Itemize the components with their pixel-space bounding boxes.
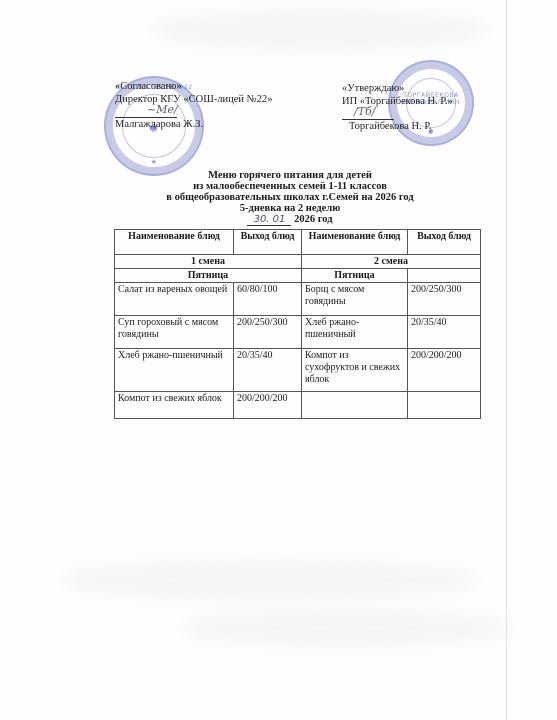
column-header: Выход блюд [408,230,481,255]
column-header: Наименование блюд [115,230,234,255]
title-line: 5-дневка на 2 неделю [130,203,450,214]
shift-label: 1 смена [115,255,302,269]
dish-portion: 200/200/200 [234,392,302,419]
dish-name: Хлеб ржано-пшеничный [302,316,408,349]
dish-name: Борщ с мясом говядины [302,283,408,316]
signature-line: ~Ме/ [115,106,177,118]
star-icon: ★ [106,158,202,166]
table-header-row: Наименование блюд Выход блюд Наименовани… [115,230,481,255]
day-label: Пятница [302,269,408,283]
table-row: Суп гороховый с мясом говядины 200/250/3… [115,316,481,349]
menu-title: Меню горячего питания для детей из малоо… [130,170,450,226]
approval-label: «Утверждаю» [342,82,453,95]
menu-table: Наименование блюд Выход блюд Наименовани… [114,229,481,419]
table-row: Компот из свежих яблок 200/200/200 [115,392,481,419]
dish-portion: 20/35/40 [408,316,481,349]
date-year: 2026 год [294,214,332,225]
dish-portion [408,392,481,419]
dish-name [302,392,408,419]
empty-cell [408,269,481,283]
scan-smudge [150,10,490,50]
table-row: Салат из вареных овощей 60/80/100 Борщ с… [115,283,481,316]
table-row: Хлеб ржано-пшеничный 20/35/40 Компот из … [115,349,481,392]
document-page: КГУ СОШ-ЛИЦЕЙ №22 ✺ ★ ТОРГАЙБЕКОВА НУРЖА… [0,0,557,720]
approval-left: «Согласовано» Директор КГУ «СОШ-лицей №2… [115,80,272,131]
approval-position: Директор КГУ «СОШ-лицей №22» [115,93,272,106]
dish-name: Компот из сухофруктов и свежих яблок [302,349,408,392]
dish-portion: 20/35/40 [234,349,302,392]
day-label: Пятница [115,269,302,283]
shift-label: 2 смена [302,255,481,269]
signature-line: /Тб/ [342,108,394,120]
dish-portion: 200/250/300 [408,283,481,316]
signature: ~Ме/ [147,103,178,116]
shift-row: 1 смена 2 смена [115,255,481,269]
approval-label: «Согласовано» [115,80,272,93]
approver-name: Малгаждарова Ж.З. [115,118,272,131]
dish-portion: 60/80/100 [234,283,302,316]
dish-portion: 200/200/200 [408,349,481,392]
approval-right: «Утверждаю» ИП «Торгайбекова Н. Р.» /Тб/… [342,82,453,133]
dish-portion: 200/250/300 [234,316,302,349]
day-row: Пятница Пятница [115,269,481,283]
scan-smudge [60,560,480,600]
column-header: Наименование блюд [302,230,408,255]
signature: /Тб/ [354,105,375,118]
column-header: Выход блюд [234,230,302,255]
dish-name: Суп гороховый с мясом говядины [115,316,234,349]
scan-edge [506,0,507,720]
title-line: из малообеспеченных семей 1-11 классов [130,181,450,192]
scan-smudge [180,610,510,646]
dish-name: Салат из вареных овощей [115,283,234,316]
title-line: в общеобразовательных школах г.Семей на … [130,192,450,203]
menu-date: 30. 01 2026 год [247,214,332,226]
approver-name: Торгайбекова Н. Р. [342,120,453,133]
dish-name: Хлеб ржано-пшеничный [115,349,234,392]
dish-name: Компот из свежих яблок [115,392,234,419]
title-line: Меню горячего питания для детей [130,170,450,181]
date-handwritten: 30. 01 [247,214,291,226]
